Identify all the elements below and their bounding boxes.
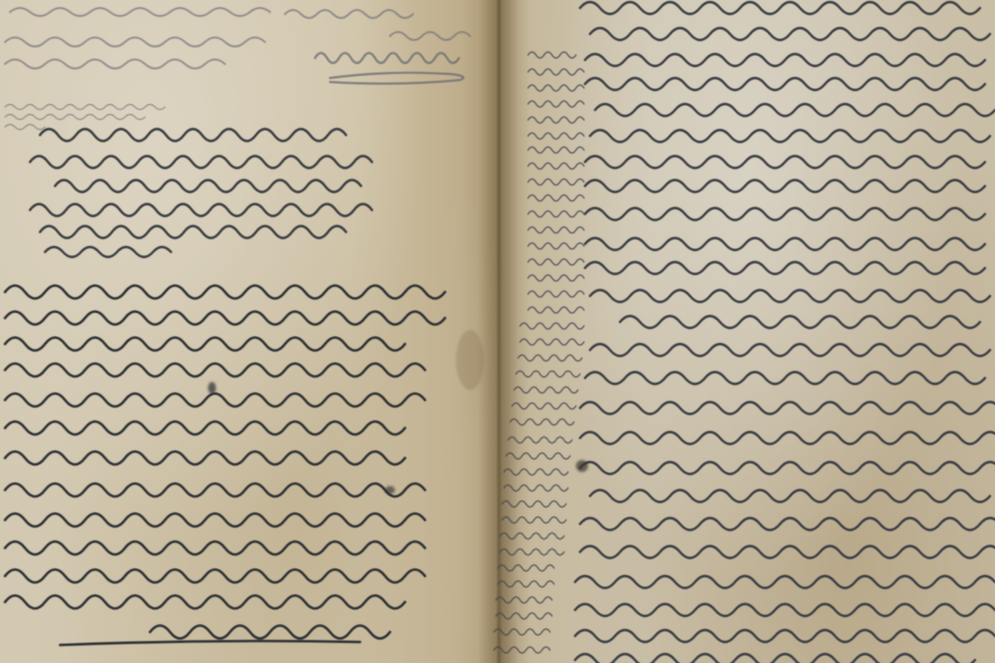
- signature: [315, 53, 463, 84]
- right-body-text: [575, 2, 995, 663]
- left-margin-notes: [5, 105, 165, 130]
- right-margin-column: [494, 52, 584, 653]
- left-indented-paragraph: [30, 129, 372, 257]
- handwriting-layer: [0, 0, 995, 663]
- manuscript-photo: [0, 0, 995, 663]
- stains: [208, 330, 588, 494]
- left-body-text: [5, 286, 445, 646]
